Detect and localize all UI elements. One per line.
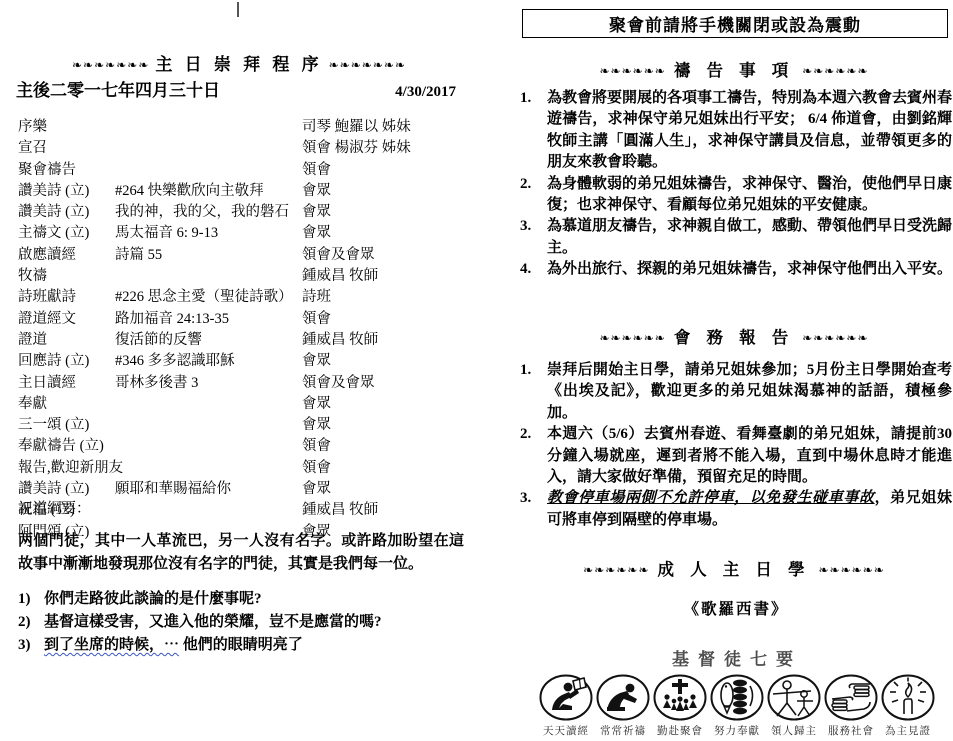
program-item-name: 啟應讀經 — [18, 245, 115, 266]
essential-witness: 為主見證 — [881, 674, 936, 738]
date-row: 主後二零一七年四月三十日 4/30/2017 — [16, 76, 456, 101]
congregation-cross-icon — [653, 674, 707, 721]
report-emphasized-text: 教會停車場兩側不允許停車，以免發生碰車事故 — [547, 490, 875, 506]
program-item-name: 聚會禱告 — [18, 160, 115, 181]
icon-label: 天天讀經 — [543, 723, 589, 738]
program-item-person: 領會及會眾 — [302, 373, 462, 394]
worship-program-header: ❧❧❧❧❧❧❧主 日 崇 拜 程 序❧❧❧❧❧❧❧ — [14, 50, 464, 75]
report-number: 1. — [520, 360, 547, 424]
prayer-item: 4.為外出旅行、探親的弟兄姐妹禱告，求神保守他們出入平安。 — [520, 259, 952, 280]
prayer-section-header: ❧❧❧❧❧❧禱 告 事 項❧❧❧❧❧❧ — [518, 57, 950, 81]
program-item-content: #346 多多認識耶穌 — [115, 351, 302, 372]
program-item-person: 領會 — [302, 436, 462, 457]
program-item-person: 司琴 鮑羅以 姊妹 — [302, 117, 462, 138]
ornament-left: ❧❧❧❧❧❧ — [583, 563, 649, 577]
program-item-content: #226 思念主愛（聖徒詩歌） — [115, 287, 302, 308]
program-item-person: 會眾 — [302, 223, 462, 244]
program-item-person: 領會 — [302, 160, 462, 181]
report-items-list: 1.崇拜后開始主日學，請弟兄姐妹參加；5月份主日學開始查考《出埃及記》，歡迎更多… — [520, 360, 952, 531]
essential-read-bible: 天天讀經 — [539, 674, 594, 738]
prayer-text: 為慕道朋友禱告，求神親自做工，感動、帶領他們早日受洗歸主。 — [547, 216, 952, 259]
program-item-person: 會眾 — [302, 202, 462, 223]
ornament-left: ❧❧❧❧❧❧❧ — [72, 58, 149, 72]
program-item-name: 詩班獻詩 — [18, 287, 115, 308]
prayer-item: 2.為身體軟弱的弟兄姐妹禱告，求神保守、醫治，使他們早日康復；也求神保守、看顧每… — [520, 174, 952, 217]
sermon-outline-paragraph: 两個門徒，其中一人革流巴，另一人沒有名字。或許路加盼望在這故事中漸漸地發現那位沒… — [18, 530, 464, 575]
report-item: 3.教會停車場兩側不允許停車，以免發生碰車事故，弟兄姐妹可將車停到隔壁的停車場。 — [520, 488, 952, 531]
prayer-number: 3. — [520, 216, 547, 259]
seven-essentials-icons: 天天讀經 常常祈禱 — [522, 674, 952, 738]
prayer-section-title: 禱 告 事 項 — [674, 61, 794, 80]
program-item-content — [115, 266, 302, 287]
date-numeric: 4/30/2017 — [395, 84, 456, 101]
ornament-left: ❧❧❧❧❧❧ — [599, 331, 665, 345]
icon-label: 努力奉獻 — [714, 723, 760, 738]
phone-notice-box: 聚會前請將手機關閉或設為震動 — [522, 9, 948, 38]
program-item-name: 奉獻禱告 (立) — [18, 436, 115, 457]
outline-point: 1)你們走路彼此談論的是什麼事呢? — [18, 588, 464, 611]
sunday-school-header: ❧❧❧❧❧❧成 人 主 日 學❧❧❧❧❧❧ — [518, 556, 950, 580]
serving-hands-icon — [824, 674, 878, 721]
date-chinese: 主後二零一七年四月三十日 — [16, 76, 220, 101]
program-item-name: 奉獻 — [18, 394, 115, 415]
service-program-table: 序樂司琴 鮑羅以 姊妹宣召領會 楊淑芬 姊妹聚會禱告領會讚美詩 (立)#264 … — [18, 117, 462, 543]
icon-label: 領人歸主 — [771, 723, 817, 738]
program-item-person: 鍾威昌 牧師 — [302, 330, 462, 351]
essential-serve-society: 服務社會 — [824, 674, 879, 738]
report-number: 2. — [520, 424, 547, 488]
prayer-number: 4. — [520, 259, 547, 280]
ornament-left: ❧❧❧❧❧❧ — [599, 64, 665, 78]
phone-notice-text: 聚會前請將手機關閉或設為震動 — [609, 11, 861, 36]
sunday-school-book: 《歌羅西書》 — [520, 597, 952, 619]
program-item-name: 證道經文 — [18, 309, 115, 330]
program-item-person: 詩班 — [302, 287, 462, 308]
icon-label: 勤赴聚會 — [657, 723, 703, 738]
program-item-content: #264 快樂歡欣向主敬拜 — [115, 181, 302, 202]
program-item-content — [115, 138, 302, 159]
program-item-content — [115, 415, 302, 436]
program-item-person: 鍾威昌 牧師 — [302, 500, 462, 521]
outline-point-text: 你們走路彼此談論的是什麼事呢? — [44, 588, 262, 611]
praying-icon — [596, 674, 650, 721]
program-item-name: 主日讀經 — [18, 373, 115, 394]
essential-attend-meetings: 勤赴聚會 — [653, 674, 708, 738]
program-item-content: 詩篇 55 — [115, 245, 302, 266]
report-section-title: 會 務 報 告 — [674, 328, 794, 347]
fish-coins-icon — [710, 674, 764, 721]
program-item-person: 領會 楊淑芬 姊妹 — [302, 138, 462, 159]
program-item-content — [115, 117, 302, 138]
prayer-items-list: 1.為教會將要開展的各項事工禱告，特別為本週六教會去賓州春遊禱告，求神保守弟兄姐… — [520, 88, 952, 281]
program-item-name: 回應詩 (立) — [18, 351, 115, 372]
program-item-name: 三一頌 (立) — [18, 415, 115, 436]
outline-point: 2)基督這樣受害，又進入他的榮耀，豈不是應當的嗎? — [18, 611, 464, 634]
seven-essentials-title: 基督徒七要 — [522, 645, 952, 670]
prayer-text: 為身體軟弱的弟兄姐妹禱告，求神保守、醫治，使他們早日康復；也求神保守、看顧每位弟… — [547, 174, 952, 217]
leading-person-icon — [767, 674, 821, 721]
reading-bible-icon — [539, 674, 593, 721]
outline-point-number: 1) — [18, 588, 44, 611]
program-item-name: 主禱文 (立) — [18, 223, 115, 244]
program-item-content — [115, 160, 302, 181]
program-item-content — [115, 436, 302, 457]
essential-pray: 常常祈禱 — [596, 674, 651, 738]
prayer-item: 1.為教會將要開展的各項事工禱告，特別為本週六教會去賓州春遊禱告，求神保守弟兄姐… — [520, 88, 952, 174]
outline-point: 3)到了坐席的時候，⋯ 他們的眼睛明亮了 — [18, 634, 464, 657]
prayer-item: 3.為慕道朋友禱告，求神親自做工，感動、帶領他們早日受洗歸主。 — [520, 216, 952, 259]
program-item-content — [115, 500, 302, 521]
ornament-right: ❧❧❧❧❧❧ — [819, 563, 885, 577]
prayer-text: 為外出旅行、探親的弟兄姐妹禱告，求神保守他們出入平安。 — [547, 259, 952, 280]
bulletin-page: { "left": { "ornament_l": "❧❧❧❧❧❧❧", "or… — [0, 0, 953, 741]
program-item-person: 會眾 — [302, 351, 462, 372]
program-item-person: 會眾 — [302, 394, 462, 415]
report-item: 2.本週六（5/6）去賓州春遊、看舞臺劇的弟兄姐妹，請提前30分鐘入場就座，遲到… — [520, 424, 952, 488]
sermon-outline-points: 1)你們走路彼此談論的是什麼事呢?2)基督這樣受害，又進入他的榮耀，豈不是應當的… — [18, 588, 464, 657]
icon-label: 為主見證 — [885, 723, 931, 738]
report-text: 崇拜后開始主日學，請弟兄姐妹參加；5月份主日學開始查考《出埃及記》，歡迎更多的弟… — [547, 360, 952, 424]
worship-program-title: 主 日 崇 拜 程 序 — [155, 55, 322, 74]
program-item-content — [115, 394, 302, 415]
program-item-content: 路加福音 24:13-35 — [115, 309, 302, 330]
program-item-person: 會眾 — [302, 181, 462, 202]
prayer-number: 1. — [520, 88, 547, 174]
program-item-content — [115, 458, 302, 479]
outline-wavy-text: 到了坐席的時候，⋯ — [44, 637, 179, 653]
ornament-right: ❧❧❧❧❧❧ — [802, 331, 868, 345]
program-item-person: 領會 — [302, 458, 462, 479]
prayer-text: 為教會將要開展的各項事工禱告，特別為本週六教會去賓州春遊禱告，求神保守弟兄姐妹出… — [547, 88, 952, 174]
cursor-mark — [237, 2, 239, 17]
outline-point-text: 基督這樣受害，又進入他的榮耀，豈不是應當的嗎? — [44, 611, 382, 634]
report-text: 本週六（5/6）去賓州春遊、看舞臺劇的弟兄姐妹，請提前30分鐘入場就座，遲到者將… — [547, 424, 952, 488]
report-text: 教會停車場兩側不允許停車，以免發生碰車事故，弟兄姐妹可將車停到隔壁的停車場。 — [547, 488, 952, 531]
ornament-right: ❧❧❧❧❧❧ — [802, 64, 868, 78]
program-item-name: 讚美詩 (立) — [18, 202, 115, 223]
program-item-person: 會眾 — [302, 415, 462, 436]
report-item: 1.崇拜后開始主日學，請弟兄姐妹參加；5月份主日學開始查考《出埃及記》，歡迎更多… — [520, 360, 952, 424]
christian-seven-essentials: 基督徒七要 天天讀經 — [522, 645, 952, 738]
program-item-person: 鍾威昌 牧師 — [302, 266, 462, 287]
ornament-right: ❧❧❧❧❧❧❧ — [329, 58, 406, 72]
sermon-outline-heading: 証道綱要： — [18, 497, 91, 518]
program-item-name: 序樂 — [18, 117, 115, 138]
program-item-content: 哥林多後書 3 — [115, 373, 302, 394]
program-item-content: 願耶和華賜福給你 — [115, 479, 302, 500]
program-item-name: 證道 — [18, 330, 115, 351]
report-number: 3. — [520, 488, 547, 531]
program-item-person: 領會 — [302, 309, 462, 330]
essential-lead-to-christ: 領人歸主 — [767, 674, 822, 738]
report-section-header: ❧❧❧❧❧❧會 務 報 告❧❧❧❧❧❧ — [518, 324, 950, 348]
program-item-name: 報告,歡迎新朋友 — [18, 458, 115, 479]
outline-point-number: 2) — [18, 611, 44, 634]
icon-label: 常常祈禱 — [600, 723, 646, 738]
program-item-person: 會眾 — [302, 479, 462, 500]
program-item-content: 我的神，我的父，我的磐石 — [115, 202, 302, 223]
outline-point-text: 到了坐席的時候，⋯ 他們的眼睛明亮了 — [44, 634, 303, 657]
program-item-name: 宣召 — [18, 138, 115, 159]
icon-label: 服務社會 — [828, 723, 874, 738]
sunday-school-title: 成 人 主 日 學 — [658, 560, 811, 579]
program-item-content: 復活節的反響 — [115, 330, 302, 351]
program-item-person: 領會及會眾 — [302, 245, 462, 266]
program-item-name: 牧禱 — [18, 266, 115, 287]
program-item-content: 馬太福音 6: 9-13 — [115, 223, 302, 244]
candle-witness-icon — [881, 674, 935, 721]
program-item-name: 讚美詩 (立) — [18, 181, 115, 202]
prayer-number: 2. — [520, 174, 547, 217]
essential-offering: 努力奉獻 — [710, 674, 765, 738]
outline-point-number: 3) — [18, 634, 44, 657]
